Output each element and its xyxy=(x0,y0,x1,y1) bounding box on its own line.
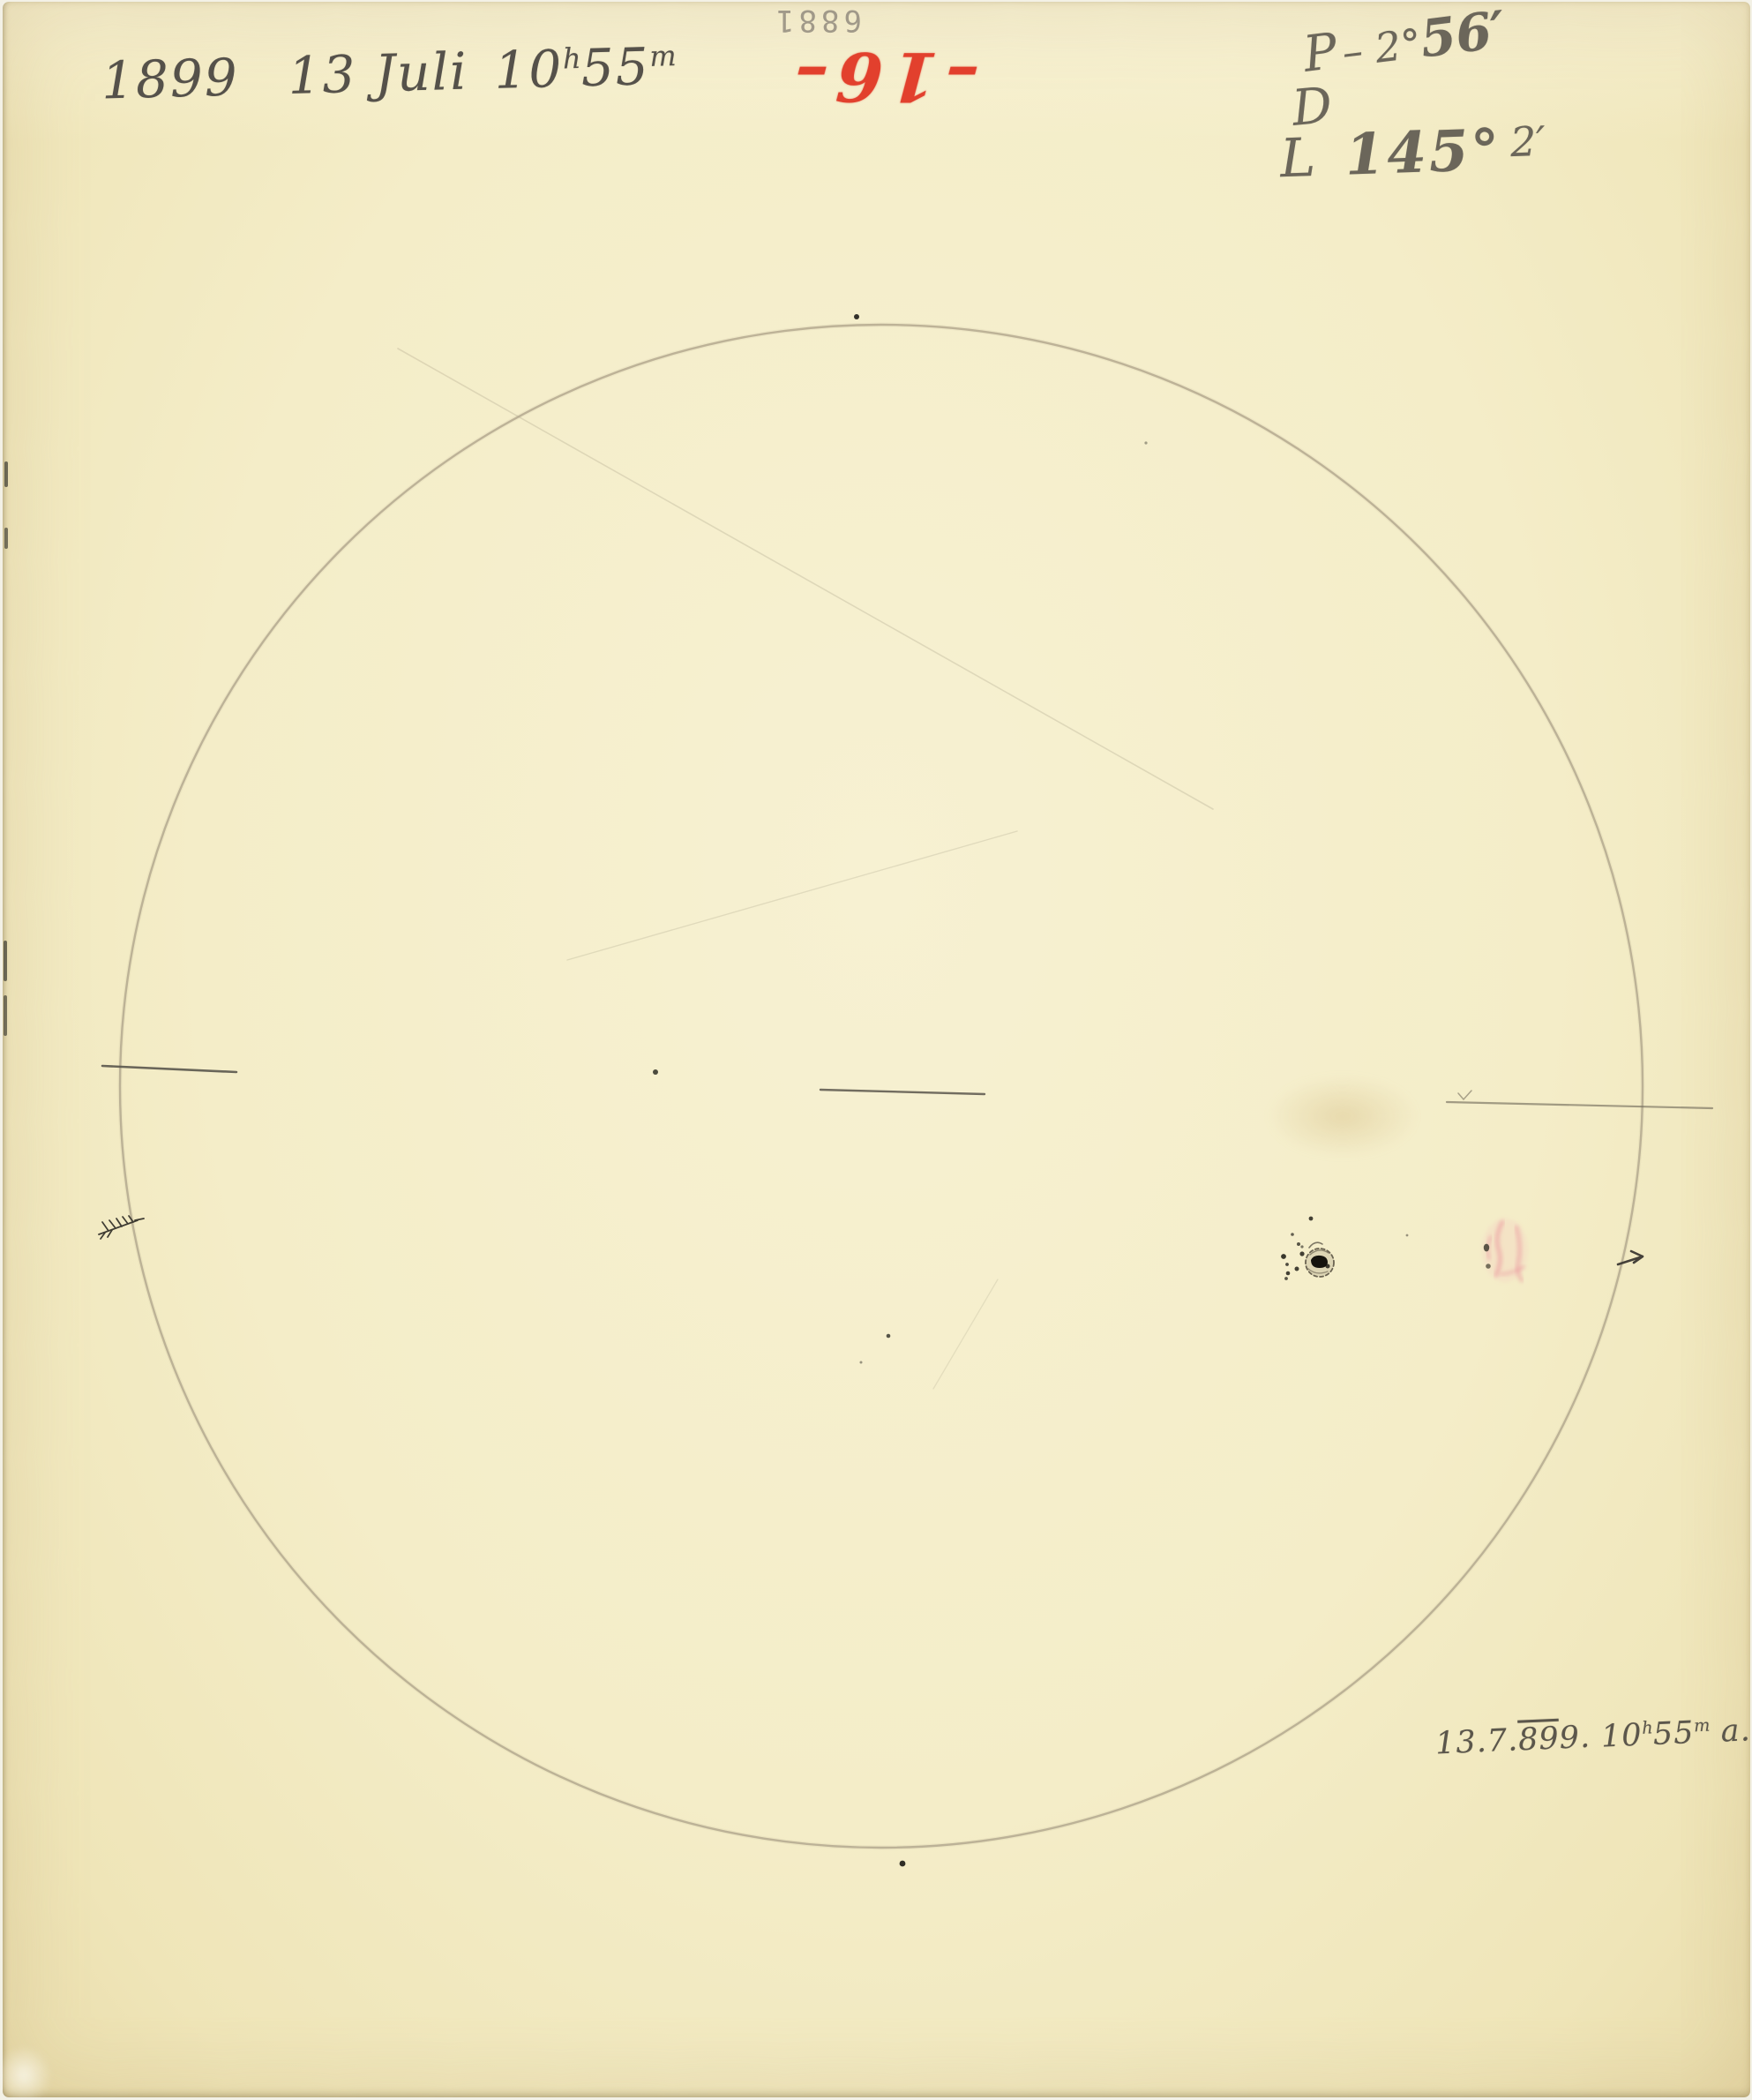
paper: 189913 Juli10h55m 6881 –16– P– 2°56′ D L… xyxy=(3,2,1750,2097)
sunspot-satellite xyxy=(1285,1263,1289,1266)
sunspot-hook xyxy=(1309,1242,1322,1248)
pencil-dot-bottom xyxy=(900,1861,906,1867)
param-l-degrees: 145° xyxy=(1344,117,1503,189)
tick-mark xyxy=(1458,1091,1471,1099)
sunspot-satellite xyxy=(1297,1242,1300,1246)
sunspot-satellite xyxy=(1291,1233,1294,1236)
solar-disk-outline xyxy=(120,325,1643,1848)
paper-crease xyxy=(933,1279,998,1389)
paper-stain xyxy=(1267,1075,1419,1158)
param-l-minutes: 2′ xyxy=(1509,117,1546,166)
footer-hour-sup: h xyxy=(1642,1717,1653,1738)
sunspot-satellite xyxy=(1284,1277,1288,1280)
equator-mark-left xyxy=(102,1066,236,1072)
pencil-speck xyxy=(860,1361,863,1364)
footer-date-suffix: 9. xyxy=(1559,1720,1591,1757)
observation-date: 189913 Juli10h55m xyxy=(101,40,677,106)
footer-hour: 10 xyxy=(1600,1717,1643,1754)
solar-disk-outline-soft xyxy=(120,325,1643,1848)
equator-mark-right xyxy=(1447,1102,1712,1108)
sunspot-satellite xyxy=(1309,1217,1314,1221)
time-minute: 55 xyxy=(580,36,651,98)
minute-sup: m xyxy=(649,39,677,73)
param-l-label: L xyxy=(1279,127,1316,190)
scanned-sheet: 189913 Juli10h55m 6881 –16– P– 2°56′ D L… xyxy=(0,0,1752,2100)
pencil-dot-top xyxy=(854,314,859,319)
pencil-mark xyxy=(1484,1244,1489,1252)
date-day: 13 Juli xyxy=(288,41,469,106)
sunspot-satellite xyxy=(1295,1267,1299,1271)
sunspot-satellite xyxy=(1300,1245,1303,1248)
red-crayon-number-upside-down: –16– xyxy=(782,42,984,109)
pencil-speck xyxy=(1144,441,1147,444)
param-p-value: – 2° xyxy=(1339,19,1424,77)
footer-minute-sup: m xyxy=(1694,1714,1711,1736)
hour-sup: h xyxy=(563,41,582,76)
sunspot-umbra xyxy=(1311,1256,1328,1268)
footer-minute: 55 xyxy=(1652,1715,1695,1752)
paper-crease xyxy=(567,831,1017,960)
footer-date-overline: 89 xyxy=(1517,1721,1560,1758)
sunspot-satellite xyxy=(1286,1271,1291,1276)
sunspot-umbra-blob xyxy=(1326,1264,1330,1269)
pencil-speck xyxy=(1406,1234,1409,1237)
footer-date-prefix: 13.7. xyxy=(1434,1722,1519,1761)
footer-time: 10h55m xyxy=(1600,1714,1711,1754)
date-year: 1899 xyxy=(101,47,239,110)
equator-mark-center xyxy=(820,1090,985,1094)
param-d-line: D xyxy=(1291,81,1335,134)
solar-disk-drawing xyxy=(3,2,1752,2100)
param-p-label: P xyxy=(1300,23,1340,84)
pencil-dot-center xyxy=(653,1069,658,1075)
param-p-value-minutes: 56′ xyxy=(1417,0,1509,69)
pencil-dot xyxy=(887,1334,891,1339)
param-l-line: L145°2′ xyxy=(1279,121,1546,186)
pencil-mark xyxy=(1486,1264,1491,1269)
date-time: 10h55m xyxy=(494,35,678,100)
sunspot-satellite xyxy=(1299,1251,1304,1256)
time-hour: 10 xyxy=(494,39,565,101)
sequence-stamp-upside-down: 6881 xyxy=(772,5,862,35)
sunspot-satellite xyxy=(1281,1254,1286,1259)
footer-meridiem: a.m. xyxy=(1720,1711,1752,1749)
